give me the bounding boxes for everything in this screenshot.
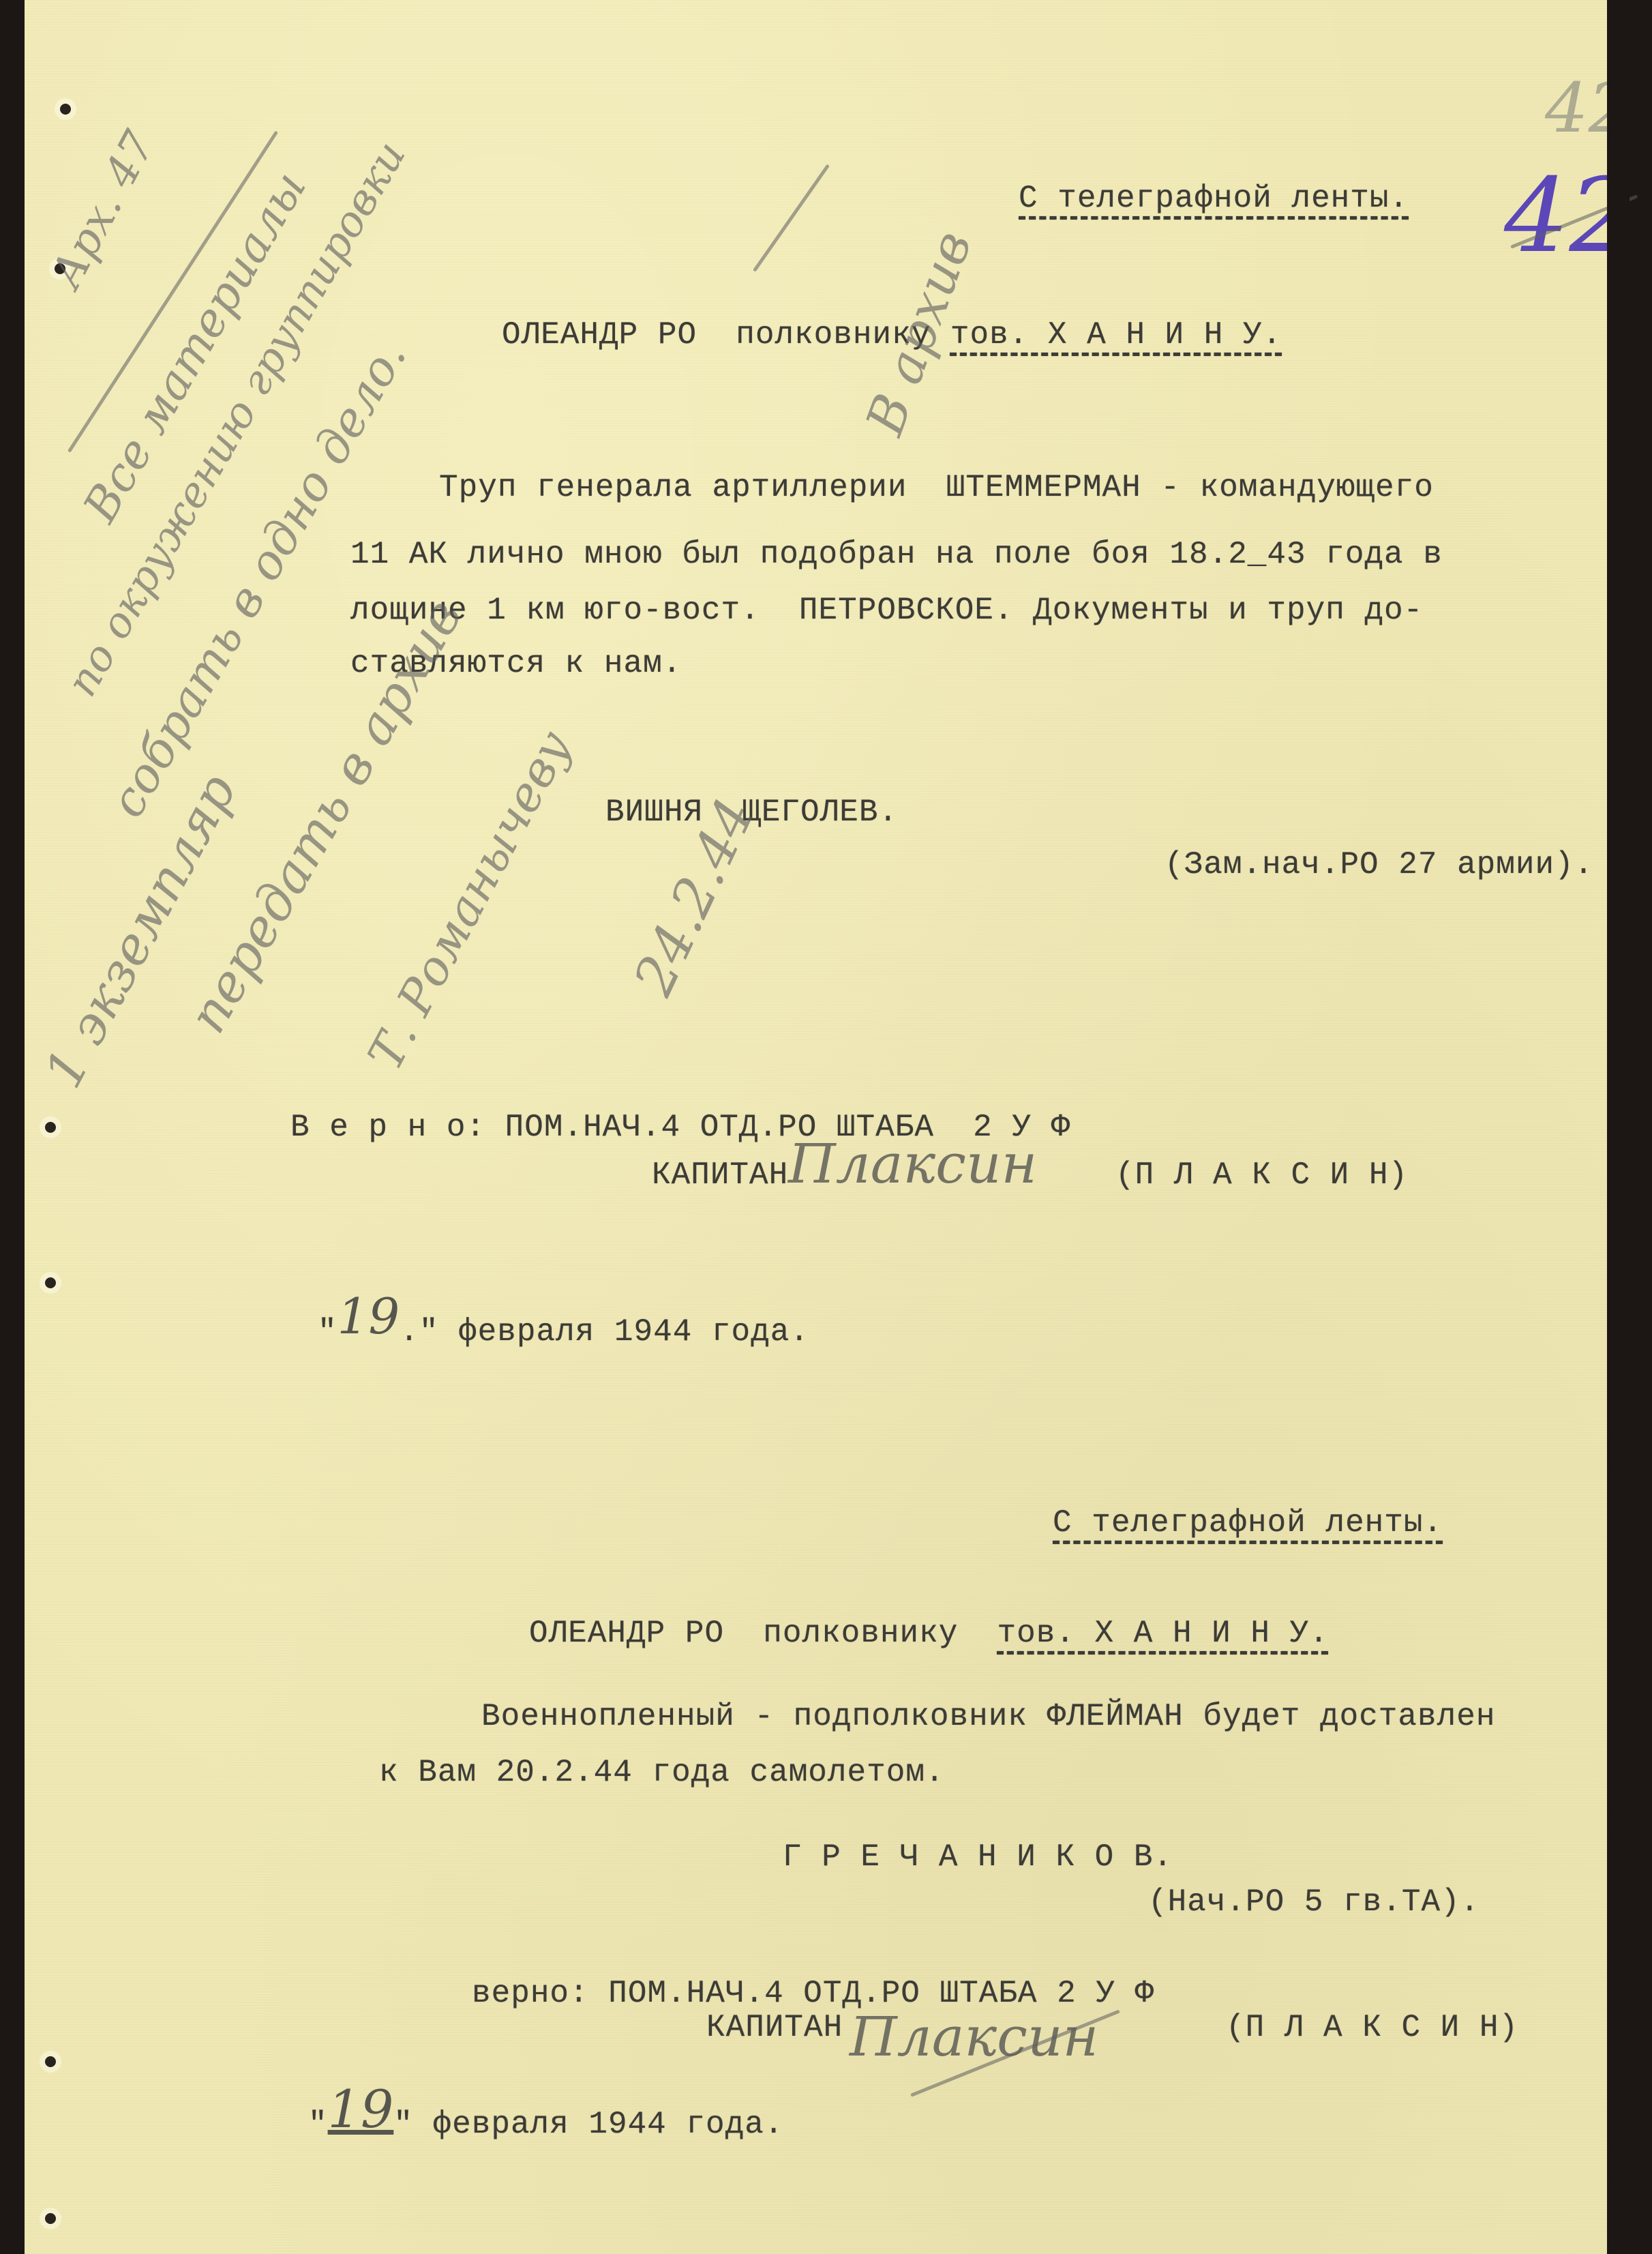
punch-hole xyxy=(45,2056,56,2067)
addressee-prefix: ОЛЕАНДР РО полковнику xyxy=(529,1616,997,1651)
section2-date: "19" февраля 1944 года. xyxy=(308,2084,783,2145)
section2-addressee: ОЛЕАНДР РО полковнику тов. Х А Н И Н У. xyxy=(529,1618,1329,1649)
section2-body-line: Военнопленный - подполковник ФЛЕЙМАН буд… xyxy=(481,1701,1495,1732)
section2-signature-name: Г Р Е Ч А Н И К О В. xyxy=(783,1841,1173,1873)
scan-border xyxy=(1607,0,1630,2254)
addressee-name: тов. Х А Н И Н У. xyxy=(997,1616,1329,1651)
date-day-handwritten: 19 xyxy=(328,2079,394,2139)
date-open-quote: " xyxy=(318,1314,337,1350)
section2-body-line: к Вам 20.2.44 года самолетом. xyxy=(379,1757,945,1788)
section1-body-line: лощине 1 км юго-вост. ПЕТРОВСКОЕ. Докуме… xyxy=(350,595,1423,626)
punch-hole xyxy=(45,2213,56,2224)
section1-handwritten-signature: Плаксин xyxy=(788,1132,1037,1196)
section2-header: С телеграфной ленты. xyxy=(1053,1507,1443,1539)
date-rest: ." февраля 1944 года. xyxy=(400,1314,809,1350)
pencil-check-stroke xyxy=(753,164,830,272)
section1-header: С телеграфной ленты. xyxy=(1019,183,1409,214)
section1-cert-name: (П Л А К С И Н) xyxy=(1115,1159,1408,1191)
section1-body-line: Труп генерала артиллерии ШТЕММЕРМАН - ко… xyxy=(439,472,1434,503)
date-rest: " февраля 1944 года. xyxy=(393,2107,783,2142)
section1-body-line: 11 АК лично мною был подобран на поле бо… xyxy=(350,539,1443,570)
punch-hole xyxy=(45,1277,56,1288)
date-day-handwritten: 19 xyxy=(337,1288,400,1345)
annotation-line: Т. Романычеву xyxy=(357,722,582,1079)
document-page: 42 42 С телеграфной ленты. ОЛЕАНДР РО по… xyxy=(25,0,1630,2254)
addressee-name: тов. Х А Н И Н У. xyxy=(950,317,1282,353)
annotation-archive-number: Арх. 47 xyxy=(42,123,166,296)
section2-cert-rank: КАПИТАН xyxy=(706,2012,843,2043)
section1-date: "19." февраля 1944 года. xyxy=(318,1294,809,1352)
date-open-quote: " xyxy=(308,2107,328,2142)
section1-signature-role: (Зам.нач.РО 27 армии). xyxy=(1165,849,1593,880)
punch-hole xyxy=(45,1122,56,1133)
section2-cert-name: (П Л А К С И Н) xyxy=(1226,2012,1518,2043)
section1-cert-rank: КАПИТАН xyxy=(652,1159,788,1191)
section2-handwritten-signature: Плаксин xyxy=(850,2005,1098,2068)
section2-signature-role: (Нач.РО 5 гв.ТА). xyxy=(1148,1886,1480,1918)
punch-hole xyxy=(60,104,71,115)
